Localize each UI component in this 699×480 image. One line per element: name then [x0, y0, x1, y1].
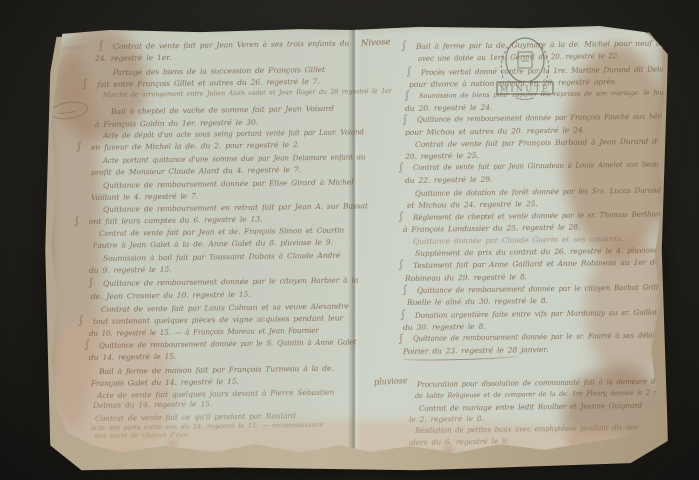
- manuscript-line: Partage des biens de la succession de Fr…: [113, 65, 325, 77]
- manuscript-line: Acte de vente fait quelques jours devant…: [97, 388, 334, 400]
- manuscript-line: du 9. regestré le 15.: [89, 265, 172, 275]
- manuscript-line: Contrat de vente fait par Jean et de. Fr…: [99, 226, 344, 238]
- paragraph-mark: ∫: [397, 332, 404, 346]
- manuscript-line: 24. regestré le 1er.: [95, 53, 171, 63]
- manuscript-line: du 22. regestré le 29.: [405, 175, 492, 185]
- paragraph-mark: ∫: [87, 276, 94, 290]
- manuscript-line: François Galet du 14. regestré le 15.: [91, 377, 239, 388]
- manuscript-line: Acte de dépôt d'un acte sous seing porta…: [103, 128, 364, 140]
- paragraph-mark: ∫: [97, 39, 104, 53]
- paragraph-mark: ∫: [83, 338, 90, 352]
- manuscript-line: à François Landassier du 25. regestré le…: [403, 223, 580, 234]
- manuscript-line: Vaillant le 4. regestré le 7.: [91, 192, 198, 202]
- manuscript-line: Quittance de remboursement en retrait fa…: [103, 201, 368, 214]
- manuscript-line: des parts de chacun d'eux.: [95, 431, 190, 440]
- manuscript-line: profit de Monsieur Claude Alard du 4. re…: [91, 165, 301, 177]
- margin-month-note: pluviose: [374, 376, 408, 387]
- manuscript-line: du 20. regestré le 24.: [405, 103, 492, 113]
- paraph-squiggle: [57, 108, 79, 115]
- manuscript-line: Bail à ferme de maison fait par François…: [99, 364, 334, 376]
- paragraph-mark: ∫: [397, 161, 404, 175]
- paragraph-mark: ∫: [403, 89, 410, 103]
- manuscript-line: à François Galdin du 1er. regestré le 30…: [95, 118, 258, 129]
- stain-spot: [568, 438, 577, 445]
- manuscript-line: de. Jean Crosnier du 10. regestré le 15.: [91, 290, 251, 301]
- manuscript-line: 20. regestré le 25.: [405, 151, 479, 161]
- manuscript-line: Contrat de vente fait par Louis Colman e…: [101, 302, 349, 314]
- manuscript-line: Bail à cheptel de vache de somme fait pa…: [111, 104, 334, 116]
- photo-backdrop: MINUTE Contrat de vente fait par Jean Ve…: [0, 0, 699, 480]
- paragraph-mark: ∫: [397, 258, 404, 272]
- manuscript-line: Quittance de remboursement donnée par Él…: [103, 178, 354, 190]
- manuscript-line: du 30. regestré le 8.: [403, 322, 486, 332]
- manuscript-line: Acte portant quittance d'une somme due p…: [103, 152, 365, 165]
- manuscript-line: ont fait leurs comptes du 6. regestré le…: [89, 215, 262, 226]
- manuscript-line: Ruelle le aîné du 30. regestré le 8.: [407, 296, 548, 307]
- paragraph-mark: ∫: [399, 308, 406, 322]
- manuscript-line: le 2. regestré le 8.: [409, 414, 484, 424]
- paragraph-mark: ∫: [405, 65, 412, 79]
- manuscript-line: en faveur de Michel la de. du 2. pour re…: [91, 140, 300, 152]
- manuscript-line: et Michou du 24. regestré le 25.: [407, 199, 538, 210]
- manuscript-line: Contrat de vente fait par Jean Veren à s…: [113, 39, 349, 51]
- manuscript-line: Soumission à bail fait par Toussaint Dub…: [103, 251, 340, 263]
- edge-tear-notch: [348, 19, 356, 29]
- paragraph-mark: ∫: [400, 39, 407, 53]
- paragraph-mark: ∫: [81, 77, 88, 91]
- manuscript-line: Robineau du 29. regestré le 8.: [405, 272, 527, 283]
- paragraph-mark: ∫: [401, 283, 408, 297]
- paragraph-mark: ∫: [401, 113, 408, 127]
- paragraph-mark: ∫: [397, 210, 404, 224]
- manuscript-line: Delmas du 14. regestré le 15.: [93, 399, 212, 410]
- manuscript-line: du 10. regestré le 15. — à François More…: [89, 326, 319, 338]
- paragraph-mark: ∫: [77, 314, 84, 328]
- manuscript-line: Quittance de remboursement donnée par le…: [103, 275, 358, 288]
- paragraph-mark: ∫: [75, 140, 82, 154]
- open-manuscript-register: MINUTE Contrat de vente fait par Jean Ve…: [48, 22, 666, 464]
- margin-month-note: Nivose: [361, 37, 391, 49]
- manuscript-line: pour Michou et autres du 20. regestré le…: [405, 125, 585, 137]
- manuscript-line: du 14. regestré le 15.: [89, 352, 176, 362]
- paragraph-mark: ∫: [73, 214, 80, 228]
- manuscript-line: fait entre François Gillet et autres du …: [97, 77, 320, 89]
- manuscript-line: Bail à ferme par la de. Guymare à la de.…: [416, 38, 683, 51]
- manuscript-line: l'autre à Jean Galet à la de. Anne Galet…: [93, 238, 333, 250]
